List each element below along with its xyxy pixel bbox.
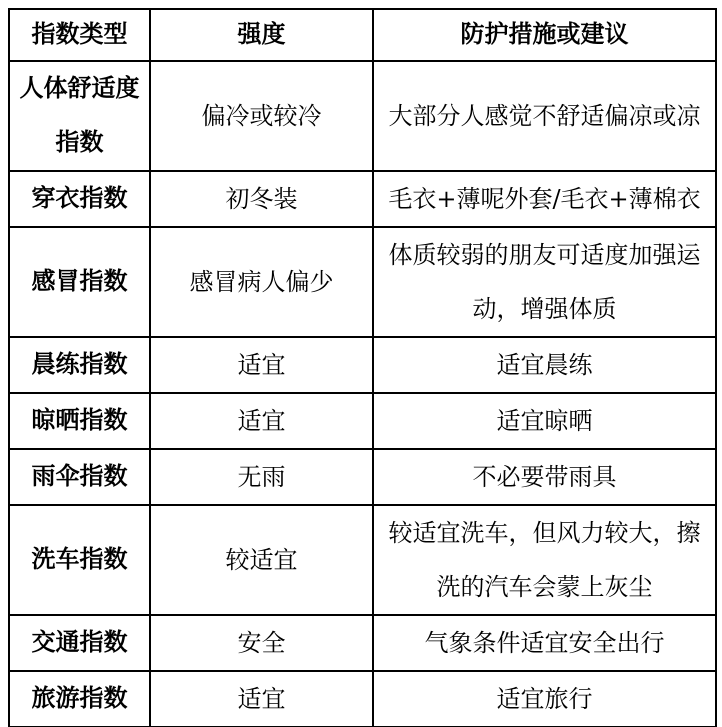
table-row-travel: 旅游指数 适宜 适宜旅行 [9,671,716,727]
weather-index-page: 指数类型 强度 防护措施或建议 人体舒适度指数 偏冷或较冷 大部分人感觉不舒适偏… [0,0,722,727]
cell-cold-advice: 体质较弱的朋友可适度加强运动，增强体质 [373,227,716,337]
header-row: 指数类型 强度 防护措施或建议 [9,9,716,61]
cell-traffic-strength: 安全 [150,615,373,671]
table-row-umbrella: 雨伞指数 无雨 不必要带雨具 [9,449,716,505]
cell-travel-type: 旅游指数 [9,671,150,727]
cell-drying-type: 晾晒指数 [9,393,150,449]
cell-car-wash-strength: 较适宜 [150,505,373,615]
cell-car-wash-type: 洗车指数 [9,505,150,615]
cell-dressing-advice: 毛衣+薄呢外套/毛衣+薄棉衣 [373,171,716,227]
cell-comfort-type: 人体舒适度指数 [9,61,150,171]
cell-dressing-type: 穿衣指数 [9,171,150,227]
cell-morning-exercise-strength: 适宜 [150,337,373,393]
header-strength: 强度 [150,9,373,61]
cell-drying-strength: 适宜 [150,393,373,449]
cell-dressing-strength: 初冬装 [150,171,373,227]
cell-travel-strength: 适宜 [150,671,373,727]
cell-comfort-strength: 偏冷或较冷 [150,61,373,171]
cell-drying-advice: 适宜晾晒 [373,393,716,449]
cell-umbrella-type: 雨伞指数 [9,449,150,505]
table-row-drying: 晾晒指数 适宜 适宜晾晒 [9,393,716,449]
cell-umbrella-strength: 无雨 [150,449,373,505]
cell-morning-exercise-type: 晨练指数 [9,337,150,393]
cell-cold-strength: 感冒病人偏少 [150,227,373,337]
cell-car-wash-advice: 较适宜洗车，但风力较大，擦洗的汽车会蒙上灰尘 [373,505,716,615]
header-index-type: 指数类型 [9,9,150,61]
table-row-traffic: 交通指数 安全 气象条件适宜安全出行 [9,615,716,671]
cell-cold-type: 感冒指数 [9,227,150,337]
cell-traffic-advice: 气象条件适宜安全出行 [373,615,716,671]
cell-travel-advice: 适宜旅行 [373,671,716,727]
table-row-dressing: 穿衣指数 初冬装 毛衣+薄呢外套/毛衣+薄棉衣 [9,171,716,227]
table-row-car-wash: 洗车指数 较适宜 较适宜洗车，但风力较大，擦洗的汽车会蒙上灰尘 [9,505,716,615]
cell-umbrella-advice: 不必要带雨具 [373,449,716,505]
cell-comfort-advice: 大部分人感觉不舒适偏凉或凉 [373,61,716,171]
table-row-comfort: 人体舒适度指数 偏冷或较冷 大部分人感觉不舒适偏凉或凉 [9,61,716,171]
header-advice: 防护措施或建议 [373,9,716,61]
table-row-cold: 感冒指数 感冒病人偏少 体质较弱的朋友可适度加强运动，增强体质 [9,227,716,337]
cell-morning-exercise-advice: 适宜晨练 [373,337,716,393]
weather-index-table: 指数类型 强度 防护措施或建议 人体舒适度指数 偏冷或较冷 大部分人感觉不舒适偏… [8,8,717,727]
cell-traffic-type: 交通指数 [9,615,150,671]
table-row-morning-exercise: 晨练指数 适宜 适宜晨练 [9,337,716,393]
